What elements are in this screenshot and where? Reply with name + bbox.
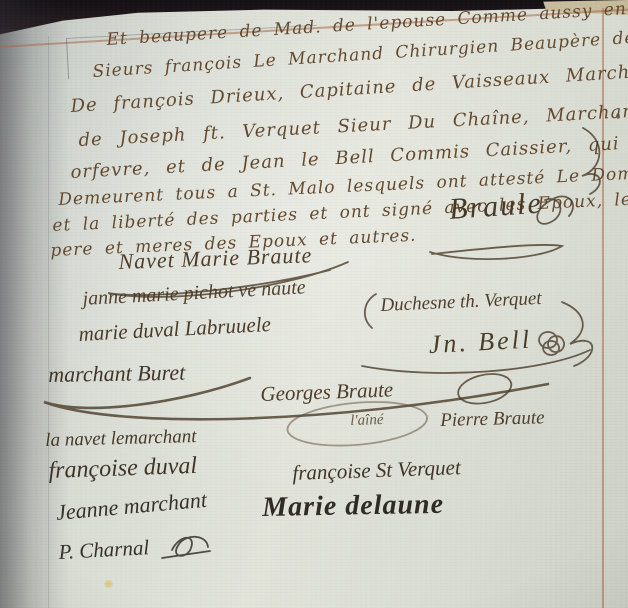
verquet-tail-flourish (562, 302, 592, 366)
signature-marchant-buret: marchant Buret (48, 360, 186, 388)
signature-laine: l'aîné (350, 412, 384, 430)
signature-pierre-braute: Pierre Braute (440, 407, 545, 432)
manuscript-photo: Et beaupere de Mad. de l'epouse Comme au… (0, 0, 628, 608)
georges-loop (458, 374, 511, 404)
left-fold-line (48, 36, 49, 608)
signature-georges-braute: Georges Braute (260, 377, 394, 407)
signature-navet-marie-braute: Navet Marie Braute (118, 242, 313, 275)
signature-la-navet-lemarchant: la navet lemarchant (45, 426, 197, 452)
charnal-paraph (162, 537, 210, 558)
signature-francoise-duval: françoise duval (48, 453, 197, 485)
signature-marie-delaune: Marie delaune (262, 489, 444, 524)
signature-janne-marie-pichot: janne marie pichot ve naute (82, 276, 306, 311)
duchesne-paren (365, 294, 376, 328)
signature-francoise-st-verquet: françoise St Verquet (292, 455, 461, 486)
braule-underline (430, 245, 562, 259)
signature-jn-bell: Jn. Bell (428, 325, 533, 360)
signature-jeanne-marchant: Jeanne marchant (55, 487, 208, 526)
right-margin-rule (602, 8, 604, 608)
bell-paraph-knot (539, 332, 564, 355)
signature-marie-duval-labruuele: marie duval Labruuele (78, 312, 272, 347)
signature-p-charnal: P. Charnal (58, 535, 150, 565)
signature-braule: Braule (448, 186, 544, 226)
signature-duchesne-verquet: Duchesne th. Verquet (380, 288, 542, 317)
paper-stain (104, 580, 113, 588)
